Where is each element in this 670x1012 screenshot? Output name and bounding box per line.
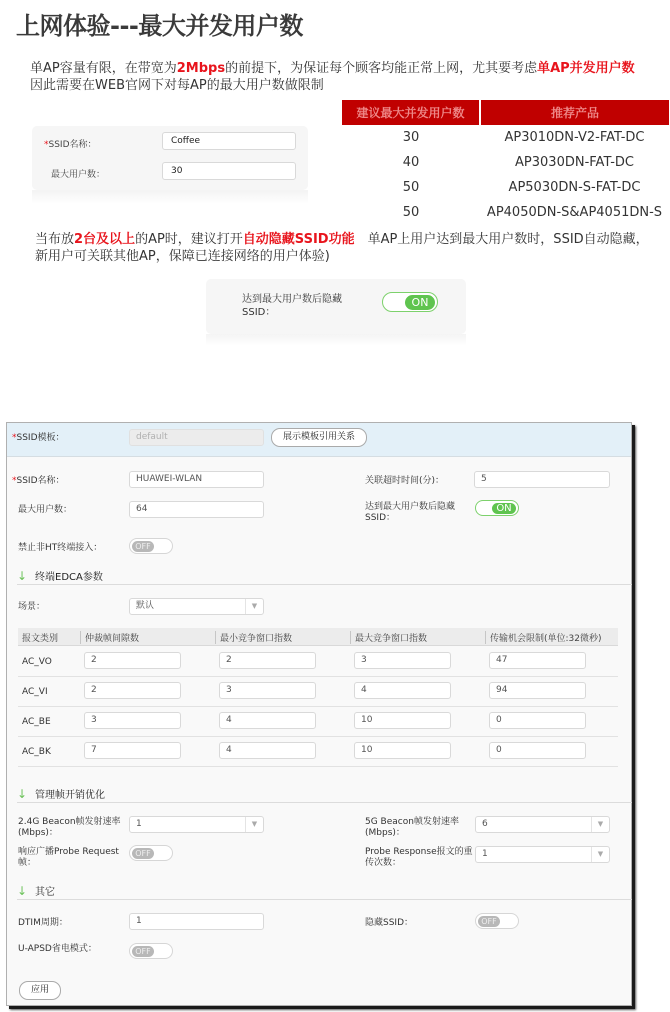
beacon-5g-select[interactable]: 6 ▼ — [475, 816, 610, 833]
mini-ssid-input[interactable]: Coffee — [162, 132, 296, 150]
dropdown-caret-icon: ▼ — [245, 817, 263, 832]
edca-value-input[interactable]: 47 — [489, 652, 586, 669]
edca-class-name: AC_BK — [22, 747, 51, 757]
edca-row: AC_BE34100 — [18, 707, 618, 737]
expand-arrow-icon: ↓ — [17, 787, 29, 801]
dropdown-caret-icon: ▼ — [591, 817, 609, 832]
max-users-cell: 50 — [342, 200, 480, 225]
edca-row: AC_VO22347 — [18, 647, 618, 677]
intro-highlight-bandwidth: 2Mbps — [177, 61, 225, 76]
deny-non-ht-toggle[interactable]: OFF — [129, 538, 173, 554]
uapsd-toggle[interactable]: OFF — [129, 943, 173, 959]
show-template-refs-button[interactable]: 展示模板引用关系 — [271, 428, 367, 447]
table-row: 40AP3030DN-FAT-DC — [342, 150, 669, 175]
max-users-input[interactable]: 64 — [129, 501, 264, 518]
ssid-template-label: *SSID模板： — [12, 433, 65, 444]
mini-max-users-label: 最大用户数： — [51, 167, 105, 180]
hide-ssid-paragraph: 当布放2台及以上的AP时，建议打开自动隐藏SSID功能 单AP上用户达到最大用户… — [35, 231, 660, 265]
beacon-24g-select[interactable]: 1 ▼ — [129, 816, 264, 833]
edca-value-input[interactable]: 3 — [219, 682, 316, 699]
product-cell: AP3030DN-FAT-DC — [480, 150, 669, 175]
apply-button[interactable]: 应用 — [19, 981, 61, 1000]
hide-ssid-card: 达到最大用户数后隐藏 SSID： ON — [206, 279, 466, 334]
intro-text: 单AP容量有限，在带宽为 — [30, 61, 177, 76]
ssid-name-input[interactable]: HUAWEI-WLAN — [129, 471, 264, 488]
edca-value-input[interactable]: 10 — [354, 712, 451, 729]
mini-form-reflection — [32, 190, 308, 204]
hide-on-max-toggle[interactable]: ON — [475, 500, 519, 516]
ssid-name-label: *SSID名称： — [12, 476, 65, 487]
edca-value-input[interactable]: 4 — [219, 742, 316, 759]
edca-value-input[interactable]: 7 — [84, 742, 181, 759]
product-cell: AP5030DN-S-FAT-DC — [480, 175, 669, 200]
edca-class-name: AC_VI — [22, 687, 48, 697]
edca-value-input[interactable]: 3 — [84, 712, 181, 729]
probe-response-label: Probe Response报文的重 传次数： — [365, 847, 473, 869]
other-section-header[interactable]: ↓ 其它 — [17, 882, 632, 900]
hide-ssid-card-toggle[interactable]: ON — [382, 292, 438, 312]
slide-title: 上网体验---最大并发用户数 — [16, 6, 303, 41]
probe-request-label: 响应广播Probe Request 帧： — [18, 847, 119, 869]
max-users-cell: 50 — [342, 175, 480, 200]
edca-value-input[interactable]: 0 — [489, 742, 586, 759]
max-users-cell: 40 — [342, 150, 480, 175]
dtim-input[interactable]: 1 — [129, 913, 264, 930]
assoc-timeout-label: 关联超时时间(分)： — [365, 476, 444, 487]
hide-ssid-toggle[interactable]: OFF — [475, 913, 519, 929]
para2-highlight-feature: 自动隐藏SSID功能 — [243, 232, 355, 247]
max-users-label: 最大用户数： — [18, 505, 72, 516]
hide-ssid-card-reflection — [206, 334, 466, 346]
product-cell: AP3010DN-V2-FAT-DC — [480, 125, 669, 150]
intro-paragraph: 单AP容量有限，在带宽为2Mbps的前提下，为保证每个顾客均能正常上网，尤其要考… — [30, 60, 660, 94]
table-row: 50AP5030DN-S-FAT-DC — [342, 175, 669, 200]
edca-value-input[interactable]: 4 — [219, 712, 316, 729]
edca-value-input[interactable]: 2 — [84, 682, 181, 699]
mini-ssid-label: *SSID名称： — [44, 137, 97, 150]
deny-non-ht-label: 禁止非HT终端接入： — [18, 543, 102, 554]
mini-form-card: *SSID名称： Coffee 最大用户数： 30 — [32, 126, 308, 190]
edca-value-input[interactable]: 2 — [84, 652, 181, 669]
beacon-24g-label: 2.4G Beacon帧发射速率 (Mbps)： — [18, 817, 121, 839]
hide-ssid-label: 隐藏SSID： — [365, 918, 413, 929]
mgmt-section-header[interactable]: ↓ 管理帧开销优化 — [17, 785, 632, 803]
intro-text: 的前提下，为保证每个顾客均能正常上网，尤其要考虑 — [225, 61, 537, 76]
edca-row: AC_VI23494 — [18, 677, 618, 707]
table-header: 建议最大并发用户数 — [342, 100, 480, 125]
edca-value-input[interactable]: 4 — [354, 682, 451, 699]
hide-ssid-card-label: 达到最大用户数后隐藏 SSID： — [242, 293, 342, 319]
scene-label: 场景： — [18, 602, 45, 613]
probe-response-select[interactable]: 1 ▼ — [475, 846, 610, 863]
edca-class-name: AC_VO — [22, 657, 52, 667]
dropdown-caret-icon: ▼ — [245, 599, 263, 614]
expand-arrow-icon: ↓ — [17, 569, 29, 583]
edca-value-input[interactable]: 94 — [489, 682, 586, 699]
uapsd-label: U-APSD省电模式： — [18, 944, 97, 955]
dropdown-caret-icon: ▼ — [591, 847, 609, 862]
ap-recommendation-table: 建议最大并发用户数 推荐产品 30AP3010DN-V2-FAT-DC40AP3… — [342, 100, 669, 225]
edca-section-header[interactable]: ↓ 终端EDCA参数 — [17, 567, 632, 585]
expand-arrow-icon: ↓ — [17, 884, 29, 898]
dtim-label: DTIM周期： — [18, 918, 68, 929]
probe-request-toggle[interactable]: OFF — [129, 845, 173, 861]
mini-max-users-input[interactable]: 30 — [162, 162, 296, 180]
max-users-cell: 30 — [342, 125, 480, 150]
assoc-timeout-input[interactable]: 5 — [474, 471, 610, 488]
edca-value-input[interactable]: 3 — [354, 652, 451, 669]
ssid-template-input[interactable]: default — [129, 429, 264, 446]
product-cell: AP4050DN-S&AP4051DN-S — [480, 200, 669, 225]
edca-value-input[interactable]: 2 — [219, 652, 316, 669]
edca-value-input[interactable]: 0 — [489, 712, 586, 729]
table-row: 50AP4050DN-S&AP4051DN-S — [342, 200, 669, 225]
edca-class-name: AC_BE — [22, 717, 51, 727]
scene-select[interactable]: 默认 ▼ — [129, 598, 264, 615]
table-row: 30AP3010DN-V2-FAT-DC — [342, 125, 669, 150]
edca-table-header: 报文类别 仲裁帧间隙数 最小竞争窗口指数 最大竞争窗口指数 传输机会限制(单位:… — [18, 628, 618, 646]
edca-value-input[interactable]: 10 — [354, 742, 451, 759]
edca-row: AC_BK74100 — [18, 737, 618, 767]
beacon-5g-label: 5G Beacon帧发射速率 (Mbps)： — [365, 817, 459, 839]
table-header: 推荐产品 — [480, 100, 669, 125]
intro-highlight-concurrent: 单AP并发用户数 — [537, 61, 635, 76]
hide-on-max-label: 达到最大用户数后隐藏 SSID： — [365, 502, 455, 524]
para2-highlight-count: 2台及以上 — [74, 232, 135, 247]
